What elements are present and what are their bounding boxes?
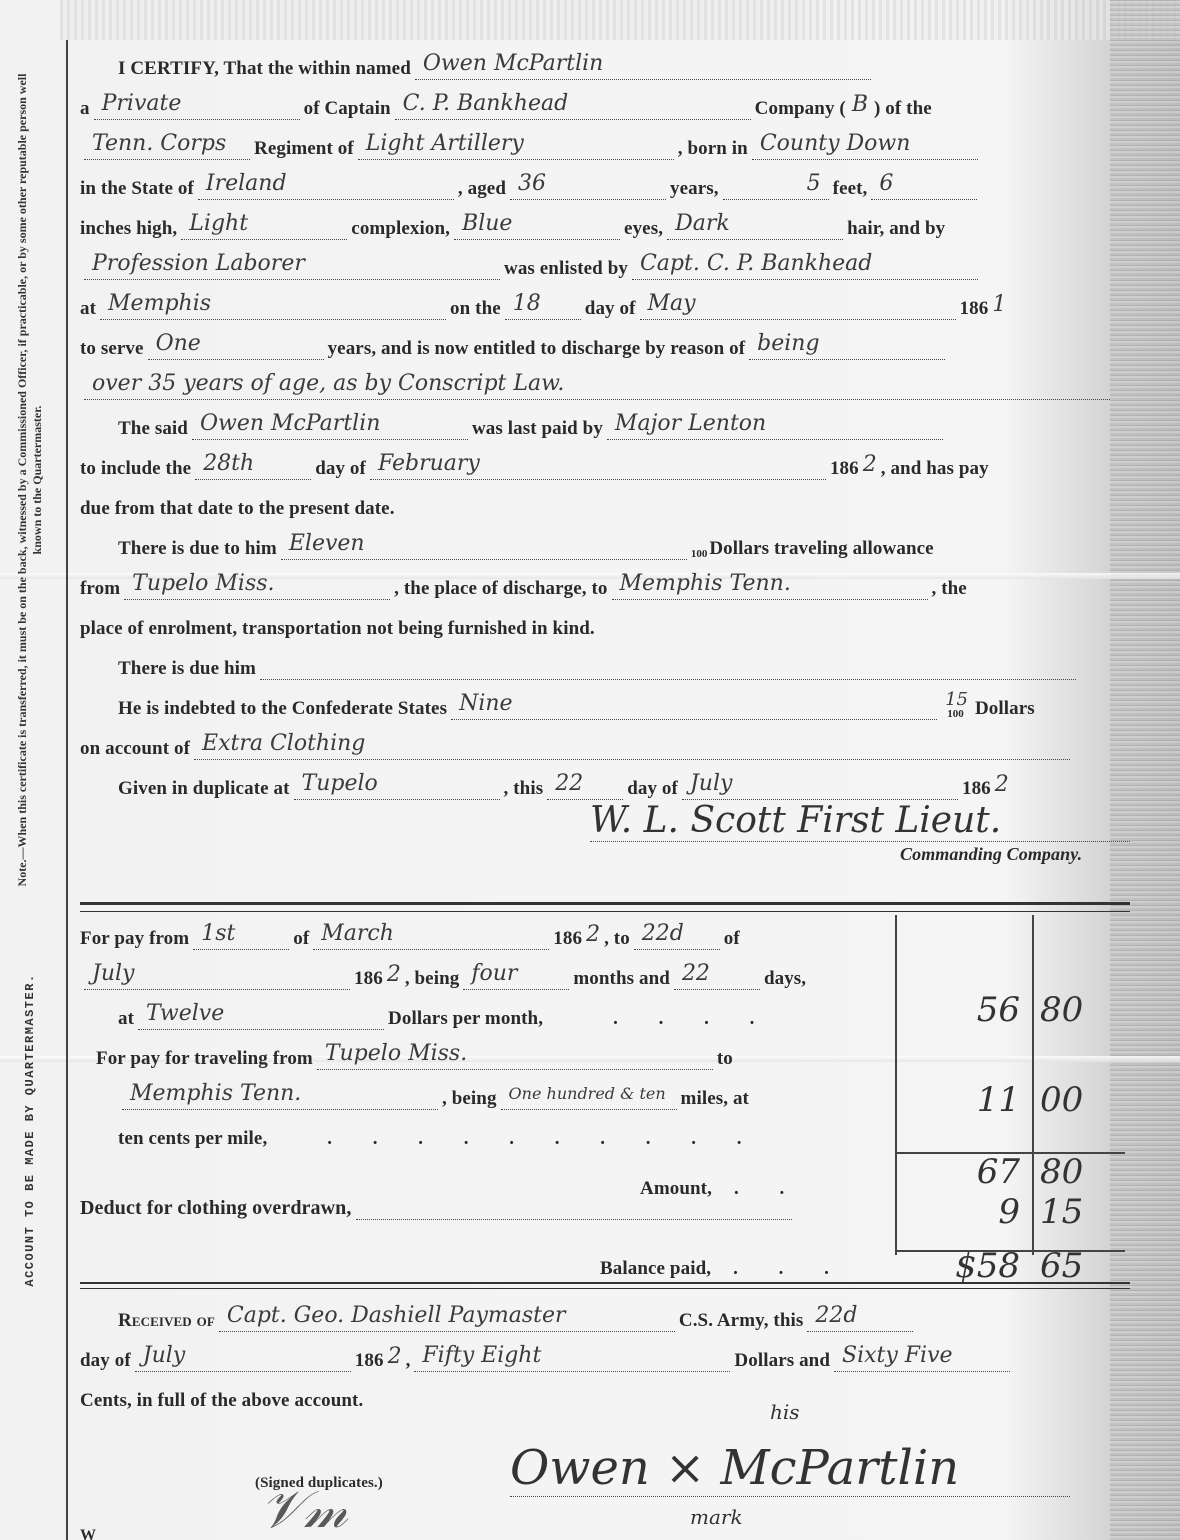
pay-cents: 80 (1040, 990, 1110, 1030)
enlisted-by: Capt. C. P. Bankhead (632, 249, 978, 280)
enlistment-place: Memphis (100, 289, 446, 320)
transfer-note-text: Note.—When this certificate is transferr… (15, 70, 45, 890)
travel-miles: One hundred & ten (501, 1079, 677, 1110)
label: months and (573, 968, 670, 990)
label: at (80, 298, 96, 320)
fraction-label: 100 (691, 548, 708, 560)
eye-color: Blue (454, 209, 620, 240)
travel-allowance-amount: Eleven (281, 529, 687, 560)
label: Dollars per month, (388, 1008, 543, 1030)
label: was last paid by (472, 418, 603, 440)
acct-row-8: Deduct for clothing overdrawn, (80, 1180, 796, 1220)
given-day: 22 (547, 769, 623, 800)
discharge-place: Tupelo Miss. (124, 569, 390, 600)
account-note: ACCOUNT TO BE MADE BY QUARTERMASTER. (2, 880, 58, 1300)
label: Deduct for clothing overdrawn, (80, 1197, 352, 1220)
cert-line-11: to include the 28th day of February 186 … (80, 440, 989, 480)
birth-state: Ireland (198, 169, 454, 200)
profession: Profession Laborer (84, 249, 500, 280)
receipt-line-1: Received of Capt. Geo. Dashiell Paymaste… (118, 1292, 917, 1332)
soldier-mark-signature: Owen × McPartlin (510, 1440, 1070, 1497)
hair-color: Dark (667, 209, 843, 240)
term-of-service: One (148, 329, 324, 360)
label: , the (932, 578, 967, 600)
enlistment-day: 18 (505, 289, 581, 320)
label: , this (504, 778, 544, 800)
last-paid-day: 28th (195, 449, 311, 480)
rank: Private (94, 89, 300, 120)
mark-label: mark (690, 1505, 743, 1529)
cert-line-8: to serve One years, and is now entitled … (80, 320, 949, 360)
label: day of (627, 778, 678, 800)
acct-row-4: For pay for traveling from Tupelo Miss. … (96, 1030, 733, 1070)
label: There is due to him (118, 538, 277, 560)
indebted-amount: Nine (451, 689, 937, 720)
label: There is due him (118, 658, 256, 680)
days-count: 22 (674, 959, 760, 990)
label: miles, at (681, 1088, 749, 1110)
receipt-line-2: day of July 186 2 , Fifty Eight Dollars … (80, 1332, 1014, 1372)
account-note-text: ACCOUNT TO BE MADE BY QUARTERMASTER. (23, 920, 37, 1340)
label: 186 (355, 1350, 384, 1372)
cert-line-4: in the State of Ireland , aged 36 years,… (80, 160, 981, 200)
travel-dollars: 11 (920, 1080, 1020, 1120)
balance-cents: 65 (1040, 1246, 1110, 1286)
receipt-line-3: Cents, in full of the above account. (80, 1372, 363, 1412)
label: place of enrolment, transportation not b… (80, 618, 595, 640)
pay-from-month: March (313, 919, 549, 950)
label: on the (450, 298, 501, 320)
soldier-name: Owen McPartlin (415, 49, 871, 80)
label: day of (585, 298, 636, 320)
witness-label: W (80, 1527, 96, 1540)
label: , aged (458, 178, 506, 200)
cents-column-divider (1032, 915, 1034, 1255)
enlistment-year: 1 (992, 290, 1006, 320)
cert-line-19: Given in duplicate at Tupelo , this 22 d… (118, 760, 1013, 800)
acct-row-6: ten cents per mile, . . . . . . . . . . (118, 1110, 760, 1150)
receipt-year: 2 (388, 1342, 402, 1372)
label: of (293, 928, 309, 950)
label: Given in duplicate at (118, 778, 290, 800)
received-dollars: Fifty Eight (414, 1341, 730, 1372)
acct-row-2: July 186 2 , being four months and 22 da… (80, 950, 806, 990)
fraction-label: 100 (947, 708, 964, 720)
label: day of (315, 458, 366, 480)
cert-line-16: There is due him (118, 640, 1080, 680)
pay-to-month: July (84, 959, 350, 990)
cert-line-13: There is due to him Eleven 100 Dollars t… (118, 520, 934, 560)
cert-line-10: The said Owen McPartlin was last paid by… (118, 400, 947, 440)
pay-to-year: 2 (387, 960, 401, 990)
cert-line-17: He is indebted to the Confederate States… (118, 680, 1035, 720)
label: , the place of discharge, to (394, 578, 607, 600)
label: of (724, 928, 740, 950)
witness-line: W (80, 1505, 96, 1540)
cert-line-2: a Private of Captain C. P. Bankhead Comp… (80, 80, 932, 120)
enrolment-place: Memphis Tenn. (612, 569, 928, 600)
label: , born in (678, 138, 748, 160)
regiment: Light Artillery (358, 129, 674, 160)
label: For pay from (80, 928, 189, 950)
amount-column-divider (895, 915, 897, 1255)
label: For pay for traveling from (96, 1048, 313, 1070)
company-letter: B (850, 90, 870, 120)
label: complexion, (351, 218, 450, 240)
label: I CERTIFY, That the within named (118, 58, 411, 80)
travel-from: Tupelo Miss. (317, 1039, 713, 1070)
label: The said (118, 418, 188, 440)
acct-row-1: For pay from 1st of March 186 2 , to 22d… (80, 910, 740, 950)
cert-line-12: due from that date to the present date. (80, 480, 395, 520)
label: to include the (80, 458, 191, 480)
deduct-dollars: 9 (920, 1192, 1020, 1232)
cert-line-18: on account of Extra Clothing (80, 720, 1074, 760)
scan-top-edge (60, 0, 1180, 40)
label: 186 (354, 968, 383, 990)
label: , being (405, 968, 460, 990)
label: to serve (80, 338, 144, 360)
last-paid-by: Major Lenton (607, 409, 943, 440)
label: Cents, in full of the above account. (80, 1390, 363, 1412)
label: a (80, 98, 90, 120)
clothing-deduct-field (356, 1219, 792, 1220)
label: Received of (118, 1310, 215, 1332)
amount-dollars: 67 (920, 1152, 1020, 1192)
receipt-month: July (135, 1341, 351, 1372)
months-count: four (463, 959, 569, 990)
balance-dollars: $58 (900, 1246, 1020, 1286)
height-inches: 6 (871, 169, 977, 200)
label: ten cents per mile, (118, 1128, 267, 1150)
receipt-day: 22d (807, 1301, 913, 1332)
leader-dots: . . . . . . . . . . (327, 1128, 759, 1150)
captain-name: C. P. Bankhead (395, 89, 751, 120)
enlistment-month: May (640, 289, 956, 320)
label: , to (604, 928, 630, 950)
label: inches high, (80, 218, 177, 240)
cert-line-9: over 35 years of age, as by Conscript La… (80, 360, 1114, 400)
paymaster-name: Capt. Geo. Dashiell Paymaster (219, 1301, 675, 1332)
travel-cents: 00 (1040, 1080, 1110, 1120)
cert-line-5: inches high, Light complexion, Blue eyes… (80, 200, 945, 240)
label: 186 (960, 298, 989, 320)
corps: Tenn. Corps (84, 129, 250, 160)
label: of Captain (304, 98, 391, 120)
amount-cents: 80 (1040, 1152, 1110, 1192)
label: day of (80, 1350, 131, 1372)
pay-dollars: 56 (920, 990, 1020, 1030)
label: days, (764, 968, 806, 990)
cert-line-7: at Memphis on the 18 day of May 186 1 (80, 280, 1010, 320)
given-month: July (682, 769, 958, 800)
label: feet, (833, 178, 868, 200)
label: Company ( (755, 98, 846, 120)
cert-line-1: I CERTIFY, That the within named Owen Mc… (118, 40, 875, 80)
label: Dollars traveling allowance (709, 538, 933, 560)
cert-line-15: place of enrolment, transportation not b… (80, 600, 595, 640)
label: from (80, 578, 120, 600)
age: 36 (510, 169, 666, 200)
height-feet: 5 (723, 169, 829, 200)
travel-to: Memphis Tenn. (122, 1079, 438, 1110)
leader-dots: . . . . (613, 1008, 772, 1030)
birthplace: County Down (752, 129, 978, 160)
complexion: Light (181, 209, 347, 240)
indebted-cents: 15 100 (941, 692, 972, 720)
last-paid-month: February (370, 449, 826, 480)
label: at (118, 1008, 134, 1030)
cert-line-14: from Tupelo Miss. , the place of dischar… (80, 560, 967, 600)
label: was enlisted by (504, 258, 628, 280)
pay-from-year: 2 (586, 920, 600, 950)
cert-line-6: Profession Laborer was enlisted by Capt.… (80, 240, 982, 280)
label: years, and is now entitled to discharge … (328, 338, 746, 360)
label: due from that date to the present date. (80, 498, 395, 520)
label: , and has pay (881, 458, 989, 480)
transfer-note: Note.—When this certificate is transferr… (2, 60, 58, 900)
given-year: 2 (995, 770, 1009, 800)
label: Balance paid, (600, 1258, 711, 1280)
received-cents: Sixty Five (834, 1341, 1010, 1372)
pay-from-day: 1st (193, 919, 289, 950)
label: 186 (830, 458, 859, 480)
label: 186 (553, 928, 582, 950)
label: eyes, (624, 218, 663, 240)
label: hair, and by (847, 218, 945, 240)
label: , (406, 1350, 411, 1372)
cents-value: 15 (945, 692, 968, 708)
discharge-reason-continued: over 35 years of age, as by Conscript La… (84, 369, 1110, 400)
acct-row-5: Memphis Tenn. , being One hundred & ten … (118, 1070, 749, 1110)
commanding-label-line: Commanding Company. (900, 830, 1082, 865)
witness-signature-flourish: 𝒱𝓂 (260, 1480, 347, 1540)
label: Dollars (975, 698, 1035, 720)
indebted-reason: Extra Clothing (194, 729, 1070, 760)
label: to (717, 1048, 733, 1070)
last-paid-year: 2 (863, 450, 877, 480)
his-label: his (770, 1400, 800, 1424)
given-at-place: Tupelo (294, 769, 500, 800)
cert-line-3: Tenn. Corps Regiment of Light Artillery … (80, 120, 982, 160)
label: 186 (962, 778, 991, 800)
receipt-divider (80, 1282, 1130, 1289)
acct-row-3: at Twelve Dollars per month, . . . . (118, 990, 772, 1030)
commanding-label: Commanding Company. (900, 844, 1082, 865)
label: on account of (80, 738, 190, 760)
acct-row-9: Balance paid, . . . (600, 1240, 847, 1280)
label: ) of the (874, 98, 932, 120)
label: He is indebted to the Confederate States (118, 698, 447, 720)
discharge-reason: being (749, 329, 945, 360)
leader-dots: . . . (733, 1258, 847, 1280)
label: Regiment of (254, 138, 354, 160)
label: Dollars and (734, 1350, 830, 1372)
soldier-name-repeat: Owen McPartlin (192, 409, 468, 440)
label: years, (670, 178, 719, 200)
pay-to-day: 22d (634, 919, 720, 950)
label: in the State of (80, 178, 194, 200)
label: , being (442, 1088, 497, 1110)
label: C.S. Army, this (679, 1310, 804, 1332)
deduct-cents: 15 (1040, 1192, 1110, 1232)
monthly-rate: Twelve (138, 999, 384, 1030)
